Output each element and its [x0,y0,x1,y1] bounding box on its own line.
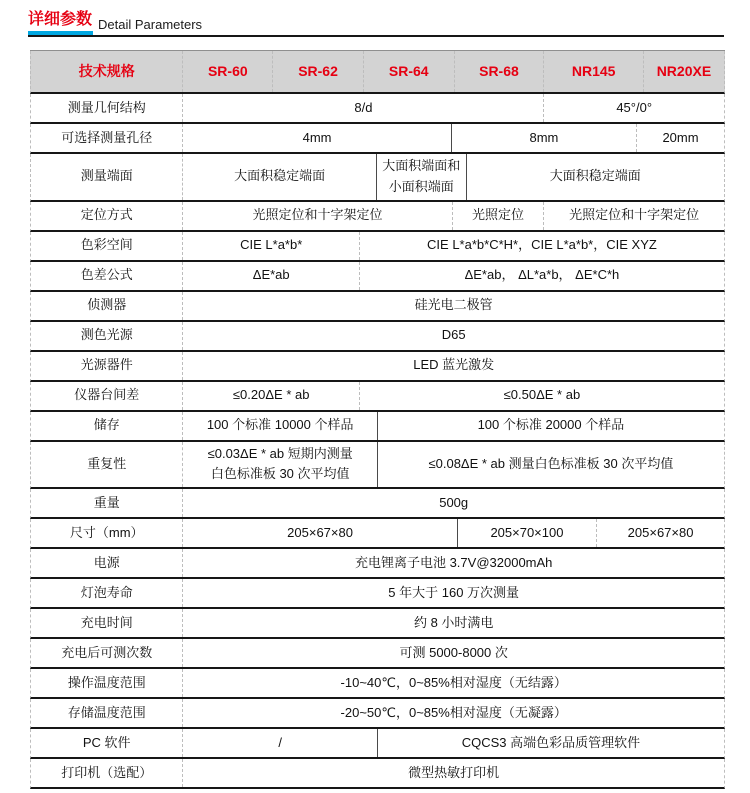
table-row: 定位方式光照定位和十字架定位光照定位光照定位和十字架定位 [30,202,725,232]
row-label: 色差公式 [31,262,183,290]
header-col-model: NR145 [544,51,644,92]
table-row: 测量几何结构8/d45°/0° [30,94,725,124]
table-row: 充电时间约 8 小时满电 [30,609,725,639]
spec-value-cell: 大面积稳定端面 [183,154,376,200]
spec-value-cell: ΔE*ab [183,262,360,290]
row-label: 光源器件 [31,352,183,380]
spec-value-cell: 硅光电二极管 [183,292,723,320]
row-label: 充电时间 [31,609,183,637]
table-row: 存储温度范围-20~50℃，0~85%相对湿度（无凝露） [30,699,725,729]
spec-value-cell: 45°/0° [544,94,723,122]
table-row: 测量端面大面积稳定端面大面积端面和 小面积端面大面积稳定端面 [30,154,725,202]
row-label: 测色光源 [31,322,183,350]
spec-value-cell: 光照定位和十字架定位 [544,202,723,230]
spec-value-cell: ≤0.50ΔE * ab [360,382,724,410]
spec-value-cell: CIE L*a*b* [183,232,360,260]
row-label: 电源 [31,549,183,577]
table-row: PC 软件/CQCS3 高端色彩品质管理软件 [30,729,725,759]
table-row: 重复性≤0.03ΔE * ab 短期内测量 白色标准板 30 次平均值≤0.08… [30,442,725,490]
row-label: 重复性 [31,442,183,488]
table-row: 重量500g [30,489,725,519]
table-row: 色差公式ΔE*abΔE*ab， ΔL*a*b， ΔE*C*h [30,262,725,292]
spec-value-cell: ΔE*ab， ΔL*a*b， ΔE*C*h [360,262,724,290]
spec-value-cell: 8/d [183,94,544,122]
row-label: PC 软件 [31,729,183,757]
row-label: 储存 [31,412,183,440]
spec-value-cell: 微型热敏打印机 [183,759,723,787]
header-col-model: SR-62 [273,51,364,92]
spec-value-cell: 光照定位和十字架定位 [183,202,452,230]
spec-value-cell: 充电锂离子电池 3.7V@32000mAh [183,549,723,577]
row-label: 侦测器 [31,292,183,320]
spec-value-cell: CIE L*a*b*C*H*，CIE L*a*b*，CIE XYZ [360,232,724,260]
spec-value-cell: 4mm [183,124,451,152]
row-label: 存储温度范围 [31,699,183,727]
page-subtitle: Detail Parameters [98,18,202,32]
header-col-label: 技术规格 [31,51,183,92]
row-label: 尺寸（mm） [31,519,183,547]
spec-value-cell: 光照定位 [453,202,545,230]
table-row: 尺寸（mm）205×67×80205×70×100205×67×80 [30,519,725,549]
table-row: 光源器件LED 蓝光激发 [30,352,725,382]
row-label: 灯泡寿命 [31,579,183,607]
table-row: 色彩空间CIE L*a*b*CIE L*a*b*C*H*，CIE L*a*b*，… [30,232,725,262]
spec-value-cell: 100 个标准 10000 个样品 [183,412,377,440]
spec-value-cell: 可测 5000-8000 次 [183,639,723,667]
row-label: 重量 [31,489,183,517]
table-row: 电源充电锂离子电池 3.7V@32000mAh [30,549,725,579]
spec-table: 技术规格SR-60SR-62SR-64SR-68NR145NR20XE测量几何结… [30,50,725,789]
spec-value-cell: / [183,729,377,757]
spec-value-cell: 100 个标准 20000 个样品 [378,412,724,440]
spec-value-cell: LED 蓝光激发 [183,352,723,380]
spec-value-cell: ≤0.03ΔE * ab 短期内测量 白色标准板 30 次平均值 [183,442,377,488]
row-label: 操作温度范围 [31,669,183,697]
row-label: 可选择测量孔径 [31,124,183,152]
spec-value-cell: 大面积端面和 小面积端面 [377,154,467,200]
table-row: 打印机（选配）微型热敏打印机 [30,759,725,789]
row-label: 定位方式 [31,202,183,230]
table-row: 充电后可测次数可测 5000-8000 次 [30,639,725,669]
spec-value-cell: -10~40℃，0~85%相对湿度（无结露） [183,669,723,697]
table-row: 储存100 个标准 10000 个样品100 个标准 20000 个样品 [30,412,725,442]
spec-value-cell: CQCS3 高端色彩品质管理软件 [378,729,724,757]
table-header-row: 技术规格SR-60SR-62SR-64SR-68NR145NR20XE [30,51,725,94]
spec-value-cell: ≤0.08ΔE * ab 测量白色标准板 30 次平均值 [378,442,724,488]
spec-value-cell: 205×70×100 [458,519,598,547]
header-col-model: SR-60 [183,51,273,92]
spec-value-cell: 5 年大于 160 万次测量 [183,579,723,607]
row-label: 测量几何结构 [31,94,183,122]
spec-value-cell: D65 [183,322,723,350]
page-header: 详细参数 Detail Parameters [28,9,724,37]
table-row: 测色光源D65 [30,322,725,352]
header-col-model: NR20XE [644,51,724,92]
spec-value-cell: 205×67×80 [597,519,724,547]
spec-value-cell: 大面积稳定端面 [467,154,724,200]
spec-sheet-page: 详细参数 Detail Parameters 技术规格SR-60SR-62SR-… [0,0,750,793]
page-title: 详细参数 [28,10,93,35]
table-row: 可选择测量孔径4mm8mm20mm [30,124,725,154]
spec-value-cell: ≤0.20ΔE * ab [183,382,360,410]
table-row: 侦测器硅光电二极管 [30,292,725,322]
row-label: 打印机（选配） [31,759,183,787]
table-row: 操作温度范围-10~40℃，0~85%相对湿度（无结露） [30,669,725,699]
row-label: 色彩空间 [31,232,183,260]
spec-value-cell: 20mm [637,124,724,152]
spec-value-cell: 500g [183,489,723,517]
spec-value-cell: 205×67×80 [183,519,457,547]
spec-value-cell: -20~50℃，0~85%相对湿度（无凝露） [183,699,723,727]
spec-value-cell: 8mm [452,124,637,152]
table-row: 仪器台间差≤0.20ΔE * ab≤0.50ΔE * ab [30,382,725,412]
header-col-model: SR-64 [364,51,455,92]
row-label: 充电后可测次数 [31,639,183,667]
header-col-model: SR-68 [455,51,545,92]
row-label: 测量端面 [31,154,183,200]
row-label: 仪器台间差 [31,382,183,410]
spec-value-cell: 约 8 小时满电 [183,609,723,637]
table-row: 灯泡寿命5 年大于 160 万次测量 [30,579,725,609]
